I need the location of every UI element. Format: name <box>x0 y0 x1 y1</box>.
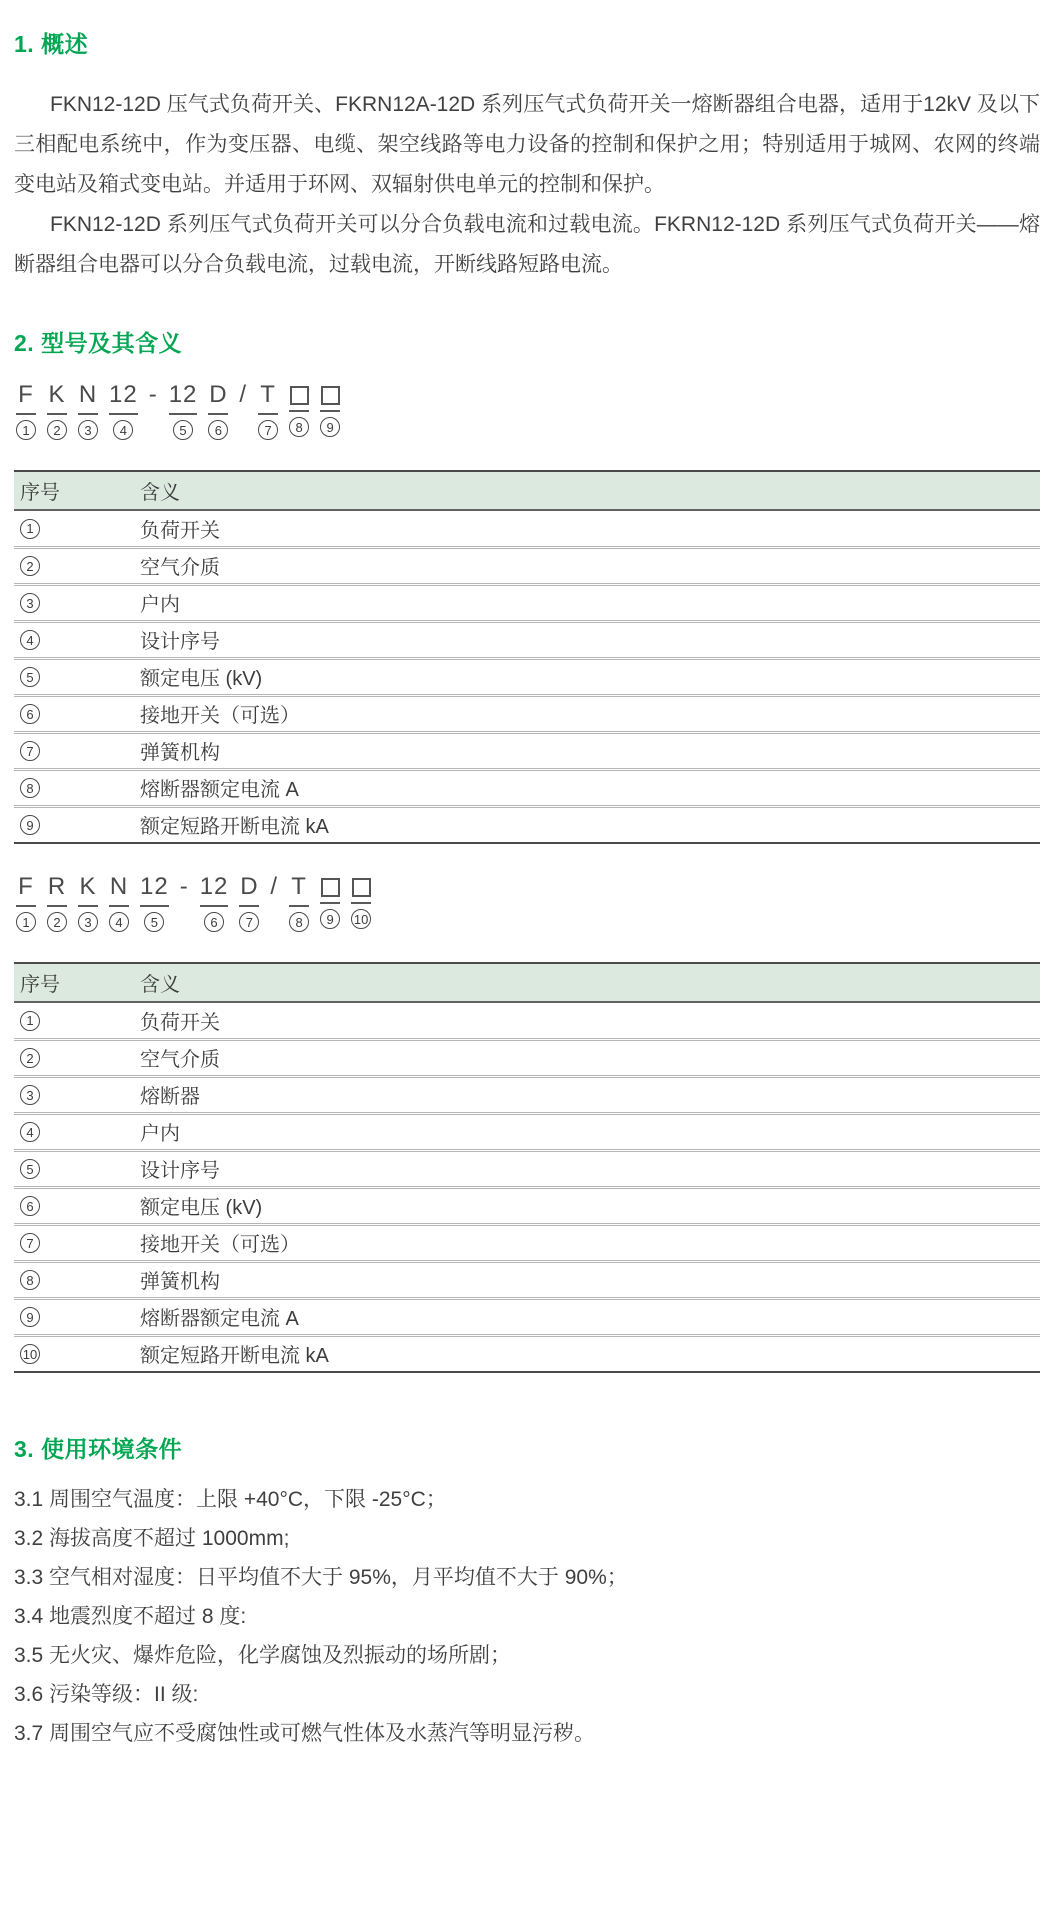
table-header-row: 序号 含义 <box>14 471 1040 510</box>
row-meaning-cell: 接地开关（可选） <box>140 695 1040 732</box>
table-row: 4设计序号 <box>14 621 1040 658</box>
blank-square-glyph <box>290 386 309 405</box>
fkn-meaning-table: 序号 含义 1负荷开关2空气介质3户内4设计序号5额定电压 (kV)6接地开关（… <box>14 470 1040 844</box>
row-index-cell: 9 <box>14 806 140 843</box>
model-code-blank-box-token: 9 <box>320 874 340 929</box>
model-code-token: F1 <box>16 382 36 440</box>
token-underline <box>16 413 36 415</box>
row-index-cell: 1 <box>14 1002 140 1039</box>
fkn-table-body: 1负荷开关2空气介质3户内4设计序号5额定电压 (kV)6接地开关（可选）7弹簧… <box>14 510 1040 843</box>
model-code-char: F <box>18 874 34 900</box>
model-code-token: / <box>239 382 247 408</box>
circled-number: 2 <box>47 420 67 440</box>
model-code-char: N <box>79 382 97 408</box>
model-code-char: 12 <box>169 382 198 408</box>
circled-number: 6 <box>20 704 40 724</box>
table-row: 8弹簧机构 <box>14 1261 1040 1298</box>
model-code-token: D7 <box>239 874 259 932</box>
row-meaning-cell: 负荷开关 <box>140 510 1040 547</box>
blank-square-glyph <box>352 878 371 897</box>
row-meaning-cell: 额定电压 (kV) <box>140 658 1040 695</box>
token-underline <box>208 413 228 415</box>
environment-conditions-list: 3.1 周围空气温度：上限 +40°C，下限 -25°C； 3.2 海拔高度不超… <box>14 1480 1040 1753</box>
section2-title: 2. 型号及其含义 <box>14 325 1040 358</box>
model-code-token: T8 <box>289 874 309 932</box>
blank-square-glyph <box>321 878 340 897</box>
model-code-blank-box-token: 8 <box>289 382 309 437</box>
model-code-token: K2 <box>47 382 67 440</box>
model-code-diagram-frkn: F1R2K3N4125-126D7/T8910 <box>16 874 1040 946</box>
row-meaning-cell: 负荷开关 <box>140 1002 1040 1039</box>
token-underline <box>78 413 98 415</box>
model-code-char: 12 <box>140 874 169 900</box>
table-row: 5额定电压 (kV) <box>14 658 1040 695</box>
model-code-char: N <box>110 874 128 900</box>
circled-number: 3 <box>78 420 98 440</box>
row-index-cell: 8 <box>14 1261 140 1298</box>
row-meaning-cell: 户内 <box>140 1113 1040 1150</box>
section1-title: 1. 概述 <box>14 26 1040 59</box>
circled-number: 1 <box>20 519 40 539</box>
column-header-index: 序号 <box>14 963 140 1002</box>
row-meaning-cell: 额定短路开断电流 kA <box>140 1335 1040 1372</box>
env-condition-item: 3.3 空气相对湿度：日平均值不大于 95%，月平均值不大于 90%； <box>14 1558 1040 1597</box>
model-code-token: F1 <box>16 874 36 932</box>
blank-square-glyph <box>321 386 340 405</box>
row-index-cell: 3 <box>14 584 140 621</box>
row-index-cell: 4 <box>14 621 140 658</box>
row-meaning-cell: 设计序号 <box>140 621 1040 658</box>
circled-number: 5 <box>144 912 164 932</box>
circled-number: 5 <box>20 1159 40 1179</box>
circled-number: 2 <box>20 556 40 576</box>
circled-number: 9 <box>20 815 40 835</box>
model-code-token: R2 <box>47 874 67 932</box>
model-code-blank-box-token: 9 <box>320 382 340 437</box>
circled-number: 6 <box>204 912 224 932</box>
circled-number: 5 <box>20 667 40 687</box>
frkn-table-body: 1负荷开关2空气介质3熔断器4户内5设计序号6额定电压 (kV)7接地开关（可选… <box>14 1002 1040 1372</box>
row-meaning-cell: 户内 <box>140 584 1040 621</box>
row-meaning-cell: 弹簧机构 <box>140 1261 1040 1298</box>
token-underline <box>78 905 98 907</box>
table-header-row: 序号 含义 <box>14 963 1040 1002</box>
circled-number: 8 <box>289 417 309 437</box>
row-meaning-cell: 额定电压 (kV) <box>140 1187 1040 1224</box>
model-code-char: 12 <box>109 382 138 408</box>
token-underline <box>289 905 309 907</box>
circled-number: 2 <box>47 912 67 932</box>
model-code-token: 125 <box>169 382 198 440</box>
token-underline <box>200 905 229 907</box>
circled-number: 1 <box>16 912 36 932</box>
circled-number: 9 <box>20 1307 40 1327</box>
model-code-diagram-fkn: F1K2N3124-125D6/T789 <box>16 382 1040 454</box>
env-condition-item: 3.5 无火灾、爆炸危险，化学腐蚀及烈振动的场所剧； <box>14 1636 1040 1675</box>
column-header-meaning: 含义 <box>140 963 1040 1002</box>
row-meaning-cell: 空气介质 <box>140 547 1040 584</box>
model-code-blank-box-token: 10 <box>351 874 371 929</box>
model-code-char: K <box>48 382 65 408</box>
circled-number: 10 <box>351 909 371 929</box>
token-underline <box>47 413 67 415</box>
model-code-token: 125 <box>140 874 169 932</box>
model-code-char: T <box>260 382 276 408</box>
circled-number: 3 <box>20 1085 40 1105</box>
model-code-token: N4 <box>109 874 129 932</box>
model-code-char: - <box>180 874 189 900</box>
row-meaning-cell: 熔断器额定电流 A <box>140 769 1040 806</box>
circled-number: 3 <box>78 912 98 932</box>
row-index-cell: 2 <box>14 547 140 584</box>
circled-number: 8 <box>289 912 309 932</box>
row-index-cell: 8 <box>14 769 140 806</box>
row-meaning-cell: 弹簧机构 <box>140 732 1040 769</box>
model-code-token: N3 <box>78 382 98 440</box>
row-index-cell: 1 <box>14 510 140 547</box>
table-row: 5设计序号 <box>14 1150 1040 1187</box>
table-row: 3户内 <box>14 584 1040 621</box>
document-page: 1. 概述 FKN12-12D 压气式负荷开关、FKRN12A-12D 系列压气… <box>0 0 1061 1908</box>
model-code-token: D6 <box>208 382 228 440</box>
token-underline <box>351 902 371 904</box>
overview-paragraph-1: FKN12-12D 压气式负荷开关、FKRN12A-12D 系列压气式负荷开关一… <box>14 85 1040 205</box>
circled-number: 1 <box>16 420 36 440</box>
token-underline <box>320 902 340 904</box>
table-row: 9额定短路开断电流 kA <box>14 806 1040 843</box>
env-condition-item: 3.6 污染等级：II 级: <box>14 1675 1040 1714</box>
model-code-char: / <box>270 874 278 900</box>
row-index-cell: 6 <box>14 695 140 732</box>
overview-paragraph-2: FKN12-12D 系列压气式负荷开关可以分合负载电流和过载电流。FKRN12-… <box>14 205 1040 285</box>
table-row: 2空气介质 <box>14 547 1040 584</box>
token-underline <box>47 905 67 907</box>
row-index-cell: 4 <box>14 1113 140 1150</box>
model-code-token: K3 <box>78 874 98 932</box>
row-meaning-cell: 熔断器额定电流 A <box>140 1298 1040 1335</box>
circled-number: 1 <box>20 1011 40 1031</box>
row-index-cell: 6 <box>14 1187 140 1224</box>
token-underline <box>239 905 259 907</box>
table-row: 10额定短路开断电流 kA <box>14 1335 1040 1372</box>
model-code-char: K <box>79 874 96 900</box>
circled-number: 8 <box>20 1270 40 1290</box>
env-condition-item: 3.4 地震烈度不超过 8 度: <box>14 1597 1040 1636</box>
row-meaning-cell: 接地开关（可选） <box>140 1224 1040 1261</box>
frkn-meaning-table: 序号 含义 1负荷开关2空气介质3熔断器4户内5设计序号6额定电压 (kV)7接… <box>14 962 1040 1373</box>
circled-number: 7 <box>20 741 40 761</box>
table-row: 3熔断器 <box>14 1076 1040 1113</box>
model-code-char: D <box>209 382 227 408</box>
circled-number: 7 <box>258 420 278 440</box>
model-code-char: D <box>240 874 258 900</box>
model-code-char: R <box>48 874 66 900</box>
token-underline <box>169 413 198 415</box>
row-index-cell: 7 <box>14 1224 140 1261</box>
row-index-cell: 3 <box>14 1076 140 1113</box>
model-code-char: 12 <box>200 874 229 900</box>
table-row: 9熔断器额定电流 A <box>14 1298 1040 1335</box>
row-index-cell: 9 <box>14 1298 140 1335</box>
circled-number: 3 <box>20 593 40 613</box>
circled-number: 2 <box>20 1048 40 1068</box>
model-code-token: T7 <box>258 382 278 440</box>
token-underline <box>140 905 169 907</box>
circled-number: 4 <box>20 1122 40 1142</box>
table-row: 6接地开关（可选） <box>14 695 1040 732</box>
model-code-token: - <box>180 874 189 900</box>
table-row: 2空气介质 <box>14 1039 1040 1076</box>
circled-number: 4 <box>113 420 133 440</box>
circled-number: 9 <box>320 417 340 437</box>
model-code-char: - <box>149 382 158 408</box>
circled-number: 6 <box>20 1196 40 1216</box>
row-index-cell: 5 <box>14 658 140 695</box>
row-meaning-cell: 设计序号 <box>140 1150 1040 1187</box>
env-condition-item: 3.7 周围空气应不受腐蚀性或可燃气性体及水蒸汽等明显污秽。 <box>14 1714 1040 1753</box>
circled-number: 7 <box>20 1233 40 1253</box>
circled-number: 10 <box>20 1344 40 1364</box>
row-index-cell: 10 <box>14 1335 140 1372</box>
token-underline <box>289 410 309 412</box>
circled-number: 4 <box>109 912 129 932</box>
column-header-index: 序号 <box>14 471 140 510</box>
model-code-token: - <box>149 382 158 408</box>
model-code-char: F <box>18 382 34 408</box>
column-header-meaning: 含义 <box>140 471 1040 510</box>
table-row: 6额定电压 (kV) <box>14 1187 1040 1224</box>
model-code-token: 126 <box>200 874 229 932</box>
table-row: 7弹簧机构 <box>14 732 1040 769</box>
model-code-token: / <box>270 874 278 900</box>
circled-number: 9 <box>320 909 340 929</box>
table-row: 7接地开关（可选） <box>14 1224 1040 1261</box>
table-row: 1负荷开关 <box>14 1002 1040 1039</box>
token-underline <box>320 410 340 412</box>
env-condition-item: 3.1 周围空气温度：上限 +40°C，下限 -25°C； <box>14 1480 1040 1519</box>
model-code-token: 124 <box>109 382 138 440</box>
circled-number: 8 <box>20 778 40 798</box>
row-meaning-cell: 额定短路开断电流 kA <box>140 806 1040 843</box>
section3-title: 3. 使用环境条件 <box>14 1431 1040 1464</box>
table-row: 1负荷开关 <box>14 510 1040 547</box>
circled-number: 4 <box>20 630 40 650</box>
token-underline <box>16 905 36 907</box>
table-row: 8熔断器额定电流 A <box>14 769 1040 806</box>
circled-number: 5 <box>173 420 193 440</box>
row-meaning-cell: 熔断器 <box>140 1076 1040 1113</box>
row-index-cell: 5 <box>14 1150 140 1187</box>
row-meaning-cell: 空气介质 <box>140 1039 1040 1076</box>
token-underline <box>109 413 138 415</box>
circled-number: 7 <box>239 912 259 932</box>
token-underline <box>258 413 278 415</box>
env-condition-item: 3.2 海拔高度不超过 1000mm; <box>14 1519 1040 1558</box>
row-index-cell: 7 <box>14 732 140 769</box>
token-underline <box>109 905 129 907</box>
row-index-cell: 2 <box>14 1039 140 1076</box>
table-row: 4户内 <box>14 1113 1040 1150</box>
model-code-char: T <box>291 874 307 900</box>
circled-number: 6 <box>208 420 228 440</box>
model-code-char: / <box>239 382 247 408</box>
